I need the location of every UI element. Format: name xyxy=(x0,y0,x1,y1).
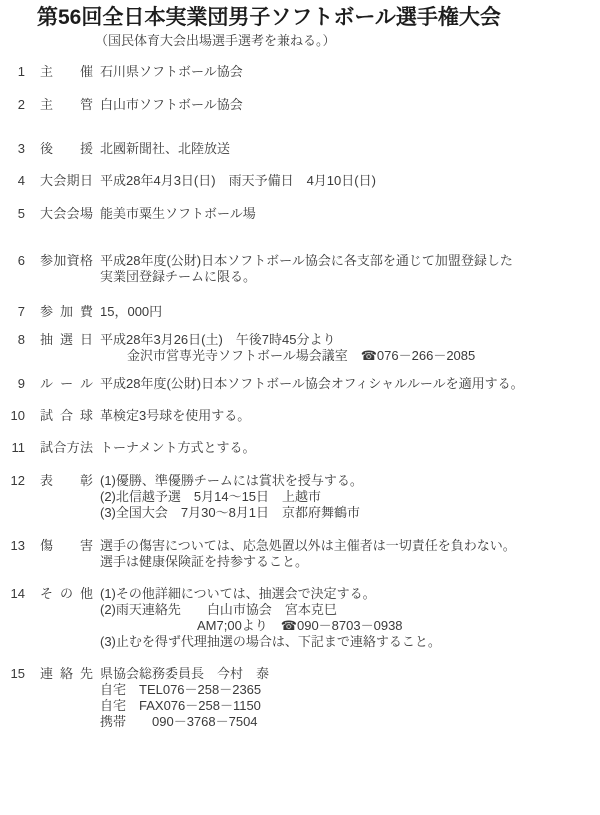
item-number: 1 xyxy=(0,64,25,80)
item-label: 主管 xyxy=(40,97,93,113)
item-number: 15 xyxy=(0,666,25,682)
item-content: 平成28年3月26日(土) 午後7時45分より 金沢市営専光寺ソフトボール場会議… xyxy=(100,332,600,364)
item-label: 参加費 xyxy=(40,304,93,320)
item-text: (3)止むを得ず代理抽選の場合は、下記まで連絡すること。 xyxy=(100,634,600,650)
item-number: 14 xyxy=(0,586,25,602)
item-label: ルール xyxy=(40,376,93,392)
item-content: (1)優勝、準優勝チームには賞状を授与する。 (2)北信越予選 5月14～15日… xyxy=(100,473,600,521)
item-4-date: 4 大会期日 平成28年4月3日(日) 雨天予備日 4月10日(日) xyxy=(0,173,600,189)
item-12-awards: 12 表彰 (1)優勝、準優勝チームには賞状を授与する。 (2)北信越予選 5月… xyxy=(0,473,600,521)
item-15-contact: 15 連絡先 県協会総務委員長 今村 泰 自宅 TEL076－258－2365 … xyxy=(0,666,600,730)
item-text: (3)全国大会 7月30～8月1日 京都府舞鶴市 xyxy=(100,505,600,521)
item-text: 革検定3号球を使用する。 xyxy=(100,408,600,424)
item-10-ball: 10 試合球 革検定3号球を使用する。 xyxy=(0,408,600,424)
item-content: 県協会総務委員長 今村 泰 自宅 TEL076－258－2365 自宅 FAX0… xyxy=(100,666,600,730)
item-content: 平成28年度(公財)日本ソフトボール協会に各支部を通じて加盟登録した 実業団登録… xyxy=(100,253,600,285)
item-8-lottery: 8 抽選日 平成28年3月26日(土) 午後7時45分より 金沢市営専光寺ソフト… xyxy=(0,332,600,364)
item-number: 12 xyxy=(0,473,25,489)
item-content: 選手の傷害については、応急処置以外は主催者は一切責任を負わない。 選手は健康保険… xyxy=(100,538,600,570)
item-number: 7 xyxy=(0,304,25,320)
item-text: 平成28年度(公財)日本ソフトボール協会に各支部を通じて加盟登録した xyxy=(100,253,600,269)
item-content: (1)その他詳細については、抽選会で決定する。 (2)雨天連絡先 白山市協会 宮… xyxy=(100,586,600,650)
page-title: 第56回全日本実業団男子ソフトボール選手権大会 xyxy=(0,5,600,31)
item-label: 試合球 xyxy=(40,408,93,424)
item-text: 能美市粟生ソフトボール場 xyxy=(100,206,600,222)
item-text-phone: 金沢市営専光寺ソフトボール場会議室 ☎076－266－2085 xyxy=(100,348,600,364)
item-text: 石川県ソフトボール協会 xyxy=(100,64,600,80)
item-6-eligibility: 6 参加資格 平成28年度(公財)日本ソフトボール協会に各支部を通じて加盟登録し… xyxy=(0,253,600,285)
item-content: 北國新聞社、北陸放送 xyxy=(100,141,600,157)
item-number: 13 xyxy=(0,538,25,554)
item-1-organizer: 1 主催 石川県ソフトボール協会 xyxy=(0,64,600,80)
item-number: 11 xyxy=(0,440,25,456)
item-content: 平成28年4月3日(日) 雨天予備日 4月10日(日) xyxy=(100,173,600,189)
item-text: 北國新聞社、北陸放送 xyxy=(100,141,600,157)
item-11-format: 11 試合方法 トーナメント方式とする。 xyxy=(0,440,600,456)
item-number: 9 xyxy=(0,376,25,392)
document-page: 第56回全日本実業団男子ソフトボール選手権大会 （国民体育大会出場選手選考を兼ね… xyxy=(0,0,600,815)
item-text: 平成28年度(公財)日本ソフトボール協会オフィシャルルールを適用する。 xyxy=(100,376,600,392)
item-content: 白山市ソフトボール協会 xyxy=(100,97,600,113)
contact-fax: 自宅 FAX076－258－1150 xyxy=(100,698,600,714)
item-text: 選手の傷害については、応急処置以外は主催者は一切責任を負わない。 xyxy=(100,538,600,554)
item-label: 抽選日 xyxy=(40,332,93,348)
item-number: 6 xyxy=(0,253,25,269)
item-content: 石川県ソフトボール協会 xyxy=(100,64,600,80)
item-text: 選手は健康保険証を持参すること。 xyxy=(100,554,600,570)
item-label: その他 xyxy=(40,586,93,602)
contact-tel: 自宅 TEL076－258－2365 xyxy=(100,682,600,698)
item-label: 大会会場 xyxy=(40,206,93,222)
item-content: 能美市粟生ソフトボール場 xyxy=(100,206,600,222)
item-9-rules: 9 ルール 平成28年度(公財)日本ソフトボール協会オフィシャルルールを適用する… xyxy=(0,376,600,392)
item-13-injury: 13 傷害 選手の傷害については、応急処置以外は主催者は一切責任を負わない。 選… xyxy=(0,538,600,570)
item-text: 実業団登録チームに限る。 xyxy=(100,269,600,285)
item-3-support: 3 後援 北國新聞社、北陸放送 xyxy=(0,141,600,157)
item-7-fee: 7 参加費 15，000円 xyxy=(0,304,600,320)
item-5-venue: 5 大会会場 能美市粟生ソフトボール場 xyxy=(0,206,600,222)
item-text: 平成28年4月3日(日) 雨天予備日 4月10日(日) xyxy=(100,173,600,189)
item-text: (1)優勝、準優勝チームには賞状を授与する。 xyxy=(100,473,600,489)
item-label: 連絡先 xyxy=(40,666,93,682)
item-text: 白山市ソフトボール協会 xyxy=(100,97,600,113)
contact-mobile: 携帯 090－3768－7504 xyxy=(100,714,600,730)
item-text-phone: AM7;00より ☎090－8703－0938 xyxy=(100,618,600,634)
item-content: 革検定3号球を使用する。 xyxy=(100,408,600,424)
item-text: 平成28年3月26日(土) 午後7時45分より xyxy=(100,332,600,348)
contact-person: 県協会総務委員長 今村 泰 xyxy=(100,666,600,682)
item-14-other: 14 その他 (1)その他詳細については、抽選会で決定する。 (2)雨天連絡先 … xyxy=(0,586,600,650)
item-number: 8 xyxy=(0,332,25,348)
item-content: 平成28年度(公財)日本ソフトボール協会オフィシャルルールを適用する。 xyxy=(100,376,600,392)
item-text: (2)雨天連絡先 白山市協会 宮本克巳 xyxy=(100,602,600,618)
item-text: (1)その他詳細については、抽選会で決定する。 xyxy=(100,586,600,602)
item-number: 5 xyxy=(0,206,25,222)
item-label: 主催 xyxy=(40,64,93,80)
item-label: 参加資格 xyxy=(40,253,93,269)
item-content: 15，000円 xyxy=(100,304,600,320)
page-subtitle: （国民体育大会出場選手選考を兼ねる。） xyxy=(0,33,600,49)
item-label: 試合方法 xyxy=(40,440,93,456)
item-number: 2 xyxy=(0,97,25,113)
item-number: 4 xyxy=(0,173,25,189)
item-text: 15，000円 xyxy=(100,304,600,320)
item-label: 表彰 xyxy=(40,473,93,489)
item-number: 10 xyxy=(0,408,25,424)
item-text: トーナメント方式とする。 xyxy=(100,440,600,456)
item-number: 3 xyxy=(0,141,25,157)
item-label: 後援 xyxy=(40,141,93,157)
item-label: 大会期日 xyxy=(40,173,93,189)
item-2-management: 2 主管 白山市ソフトボール協会 xyxy=(0,97,600,113)
item-content: トーナメント方式とする。 xyxy=(100,440,600,456)
item-label: 傷害 xyxy=(40,538,93,554)
item-text: (2)北信越予選 5月14～15日 上越市 xyxy=(100,489,600,505)
